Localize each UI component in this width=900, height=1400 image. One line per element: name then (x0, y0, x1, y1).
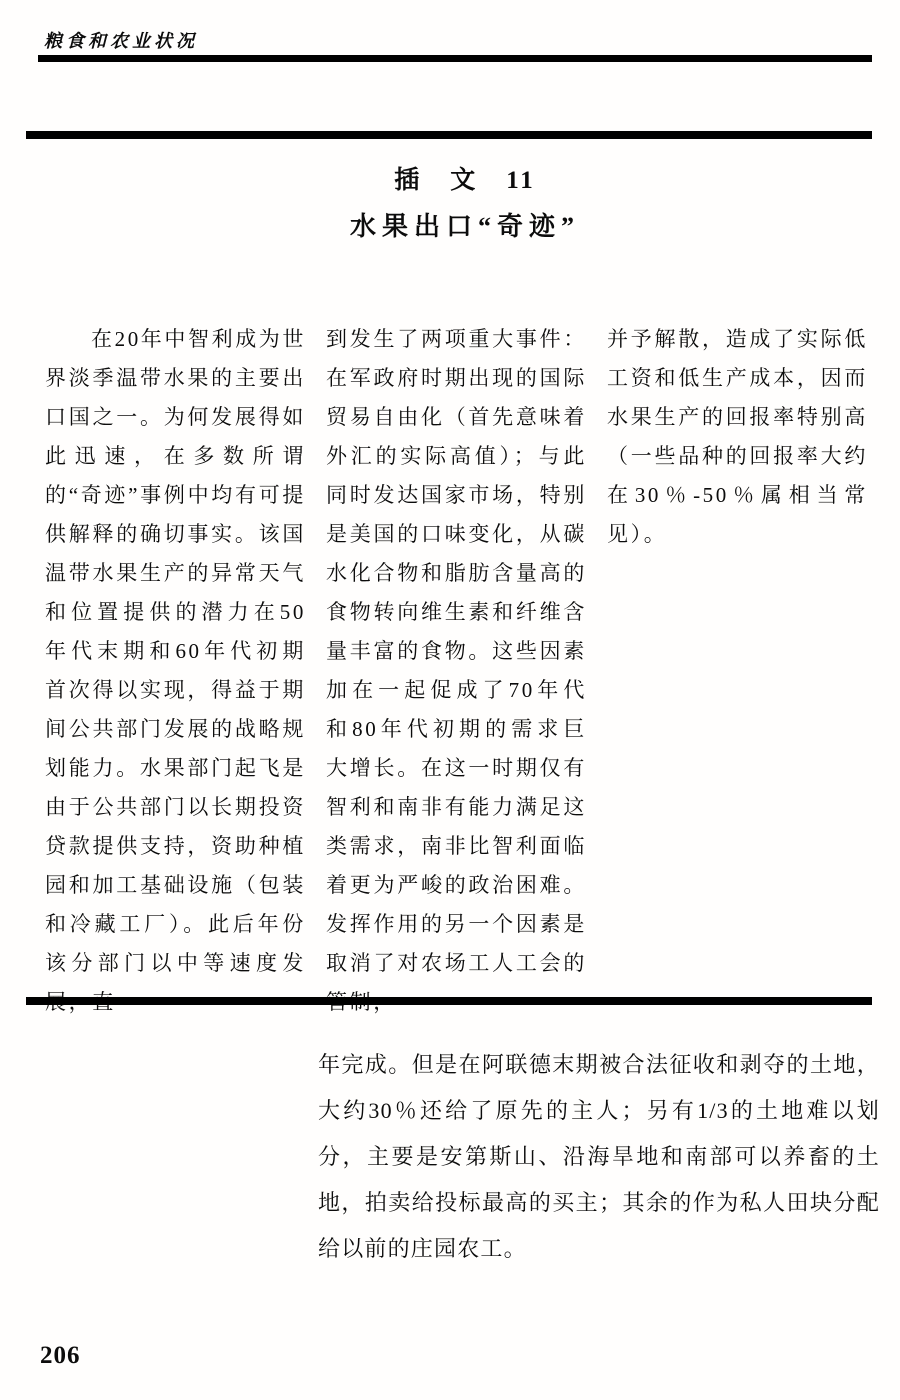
running-head: 粮食和农业状况 (44, 27, 198, 53)
header-rule (38, 55, 872, 62)
box-column-1: 在20年中智利成为世界淡季温带水果的主要出口国之一。为何发展得如此迅速，在多数所… (45, 320, 306, 1022)
box-title: 水果出口“奇迹” (30, 206, 900, 243)
box-bottom-rule (26, 997, 872, 1005)
document-page: 粮食和农业状况 插 文 11 水果出口“奇迹” 在20年中智利成为世界淡季温带水… (0, 0, 900, 1400)
box-number-heading: 插 文 11 (30, 160, 900, 196)
box-column-3: 并予解散，造成了实际低工资和低生产成本，因而水果生产的回报率特别高（一些品种的回… (607, 320, 868, 1022)
body-paragraph: 年完成。但是在阿联德末期被合法征收和剥夺的土地，大约30％还给了原先的主人；另有… (318, 1042, 880, 1272)
box-top-rule (26, 131, 872, 139)
box-column-2: 到发生了两项重大事件：在军政府时期出现的国际贸易自由化（首先意味着外汇的实际高值… (326, 320, 587, 1022)
box-columns: 在20年中智利成为世界淡季温带水果的主要出口国之一。为何发展得如此迅速，在多数所… (45, 320, 868, 1022)
page-number: 206 (40, 1342, 81, 1370)
